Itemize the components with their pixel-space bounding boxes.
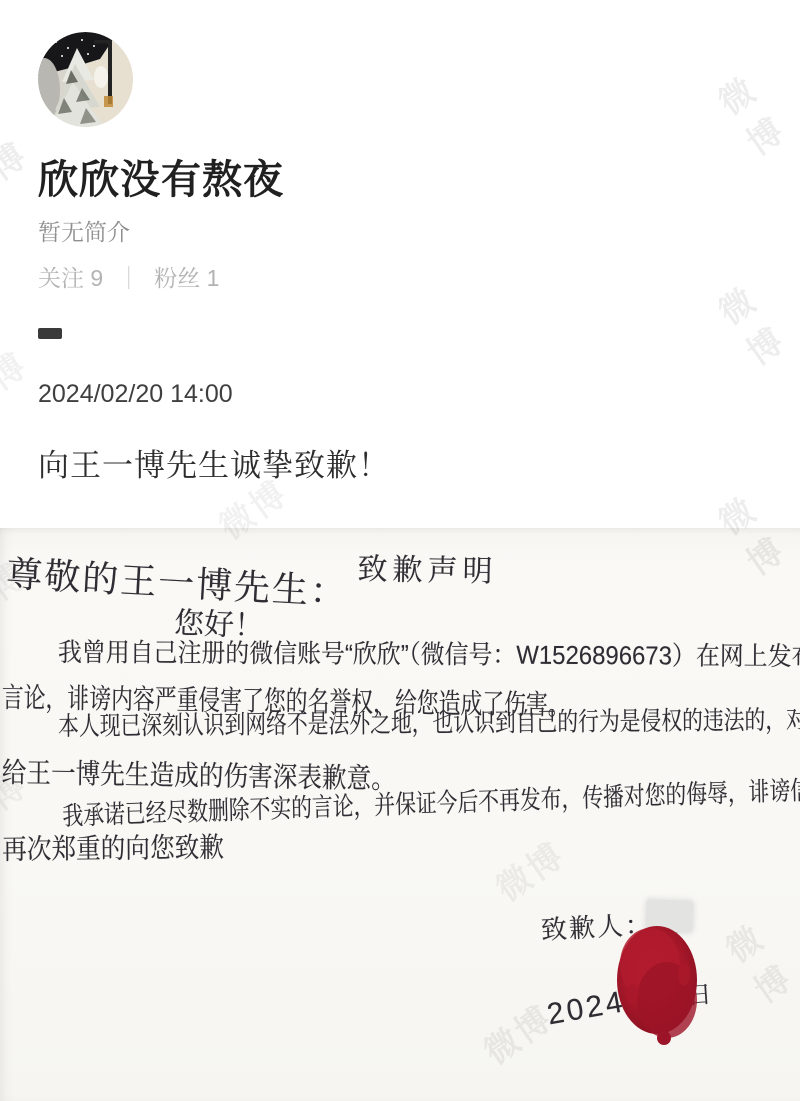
divider-bar [38,328,62,339]
red-fingerprint-seal [612,924,704,1046]
avatar-snowy-tree-image [38,32,133,127]
weibo-watermark: 微博 [707,253,800,374]
letter-title: 致歉声明 [357,544,498,590]
letter-body-line: 再次郑重的向您致歉 [2,826,224,868]
letter-body-line: 我曾用自己注册的微信账号“欣欣”（微信号：W1526896673）在网上发布了关… [58,632,800,674]
post-text: 向王一博先生诚挚致歉！ [38,440,390,485]
letter-body-line: 本人现已深刻认识到网络不是法外之地，也认识到自己的行为是侵权的违法的，对 [58,699,800,743]
profile-avatar[interactable] [38,32,133,127]
follow-stats-row: 关注 9｜粉丝 1 [38,260,219,293]
profile-bio: 暂无简介 [38,214,130,247]
weibo-watermark: 微博 [0,338,36,421]
post-timestamp: 2024/02/20 14:00 [38,380,233,409]
apology-letter-image[interactable]: 致歉声明 尊敬的王一博先生： 您好！ 我曾用自己注册的微信账号“欣欣”（微信号：… [0,528,800,1101]
stats-separator: ｜ [117,265,140,291]
weibo-profile-screenshot: 欣欣没有熬夜 暂无简介 关注 9｜粉丝 1 2024/02/20 14:00 向… [0,0,800,1101]
profile-name: 欣欣没有熬夜 [38,148,284,205]
weibo-watermark: 微博 [0,128,36,211]
weibo-watermark: 微博 [707,43,800,164]
following-count[interactable]: 关注 9 [38,265,103,291]
followers-count[interactable]: 粉丝 1 [154,265,219,291]
